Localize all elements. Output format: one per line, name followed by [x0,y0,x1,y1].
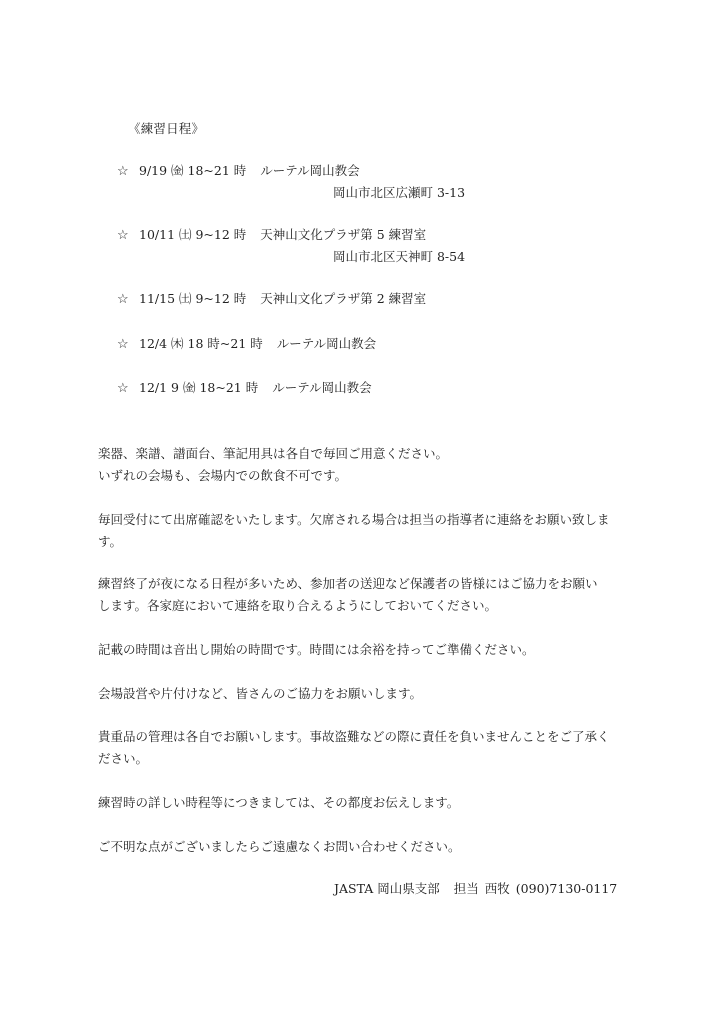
schedule-address: 岡山市北区広瀬町 3-13 [333,185,465,201]
star-icon: ☆ [117,337,137,353]
schedule-date: 12/4 ㈭ 18 時~21 時 [139,336,263,352]
schedule-item: ☆12/1 9 ㈮ 18~21 時ルーテル岡山教会 [117,380,372,397]
schedule-date: 11/15 ㈯ 9~12 時 [139,291,246,307]
note-line: 毎回受付にて出席確認をいたします。欠席される場合は担当の指導者に連絡をお願い致し… [98,509,610,531]
signature-line: JASTA 岡山県支部担当西牧(090)7130-0117 [334,881,617,897]
schedule-date: 9/19 ㈮ 18~21 時 [139,163,246,179]
schedule-venue: ルーテル岡山教会 [272,380,371,396]
schedule-date: 12/1 9 ㈮ 18~21 時 [139,380,258,396]
note-line: 練習終了が夜になる日程が多いため、参加者の送迎など保護者の皆様にはご協力をお願い [98,573,598,595]
schedule-venue: ルーテル岡山教会 [277,336,376,352]
note-start-time: 記載の時間は音出し開始の時間です。時間には余裕を持ってご準備ください。 [98,639,535,661]
schedule-item: ☆10/11 ㈯ 9~12 時天神山文化プラザ第 5 練習室 [117,227,426,244]
note-line: ださい。 [98,748,610,770]
note-pickup: 練習終了が夜になる日程が多いため、参加者の送迎など保護者の皆様にはご協力をお願い… [98,573,598,617]
star-icon: ☆ [117,381,137,397]
note-valuables: 貴重品の管理は各自でお願いします。事故盗難などの際に責任を負いませんことをご了承… [98,726,610,770]
note-line: 練習時の詳しい時程等につきましては、その都度お伝えします。 [98,792,459,814]
schedule-date: 10/11 ㈯ 9~12 時 [139,227,246,243]
schedule-venue: 天神山文化プラザ第 2 練習室 [260,291,426,307]
contact-phone: (090)7130-0117 [516,881,617,896]
organization-name: JASTA 岡山県支部 [334,881,440,896]
document-page: 《練習日程》 ☆9/19 ㈮ 18~21 時ルーテル岡山教会 岡山市北区広瀬町 … [0,0,724,1024]
note-line: ご不明な点がございましたらご遠慮なくお問い合わせください。 [98,836,461,858]
note-line: 楽器、楽譜、譜面台、筆記用具は各自で毎回ご用意ください。 [98,443,448,465]
note-attendance: 毎回受付にて出席確認をいたします。欠席される場合は担当の指導者に連絡をお願い致し… [98,509,610,553]
schedule-item: ☆9/19 ㈮ 18~21 時ルーテル岡山教会 [117,163,360,180]
star-icon: ☆ [117,228,137,244]
note-details: 練習時の詳しい時程等につきましては、その都度お伝えします。 [98,792,459,814]
schedule-item: ☆11/15 ㈯ 9~12 時天神山文化プラザ第 2 練習室 [117,291,426,308]
note-contact: ご不明な点がございましたらご遠慮なくお問い合わせください。 [98,836,461,858]
schedule-venue: 天神山文化プラザ第 5 練習室 [260,227,426,243]
schedule-heading: 《練習日程》 [128,121,204,137]
star-icon: ☆ [117,292,137,308]
contact-name: 西牧 [485,881,510,896]
star-icon: ☆ [117,164,137,180]
note-line: いずれの会場も、会場内での飲食不可です。 [98,465,448,487]
schedule-item: ☆12/4 ㈭ 18 時~21 時ルーテル岡山教会 [117,336,376,353]
note-line: す。 [98,531,610,553]
contact-role: 担当 [454,881,479,896]
note-line: します。各家庭において連絡を取り合えるようにしておいてください。 [98,595,598,617]
schedule-address: 岡山市北区天神町 8-54 [333,249,465,265]
note-line: 記載の時間は音出し開始の時間です。時間には余裕を持ってご準備ください。 [98,639,535,661]
note-line: 貴重品の管理は各自でお願いします。事故盗難などの際に責任を負いませんことをご了承… [98,726,610,748]
note-setup: 会場設営や片付けなど、皆さんのご協力をお願いします。 [98,683,422,705]
schedule-venue: ルーテル岡山教会 [260,163,359,179]
note-line: 会場設営や片付けなど、皆さんのご協力をお願いします。 [98,683,422,705]
note-supplies: 楽器、楽譜、譜面台、筆記用具は各自で毎回ご用意ください。 いずれの会場も、会場内… [98,443,448,487]
